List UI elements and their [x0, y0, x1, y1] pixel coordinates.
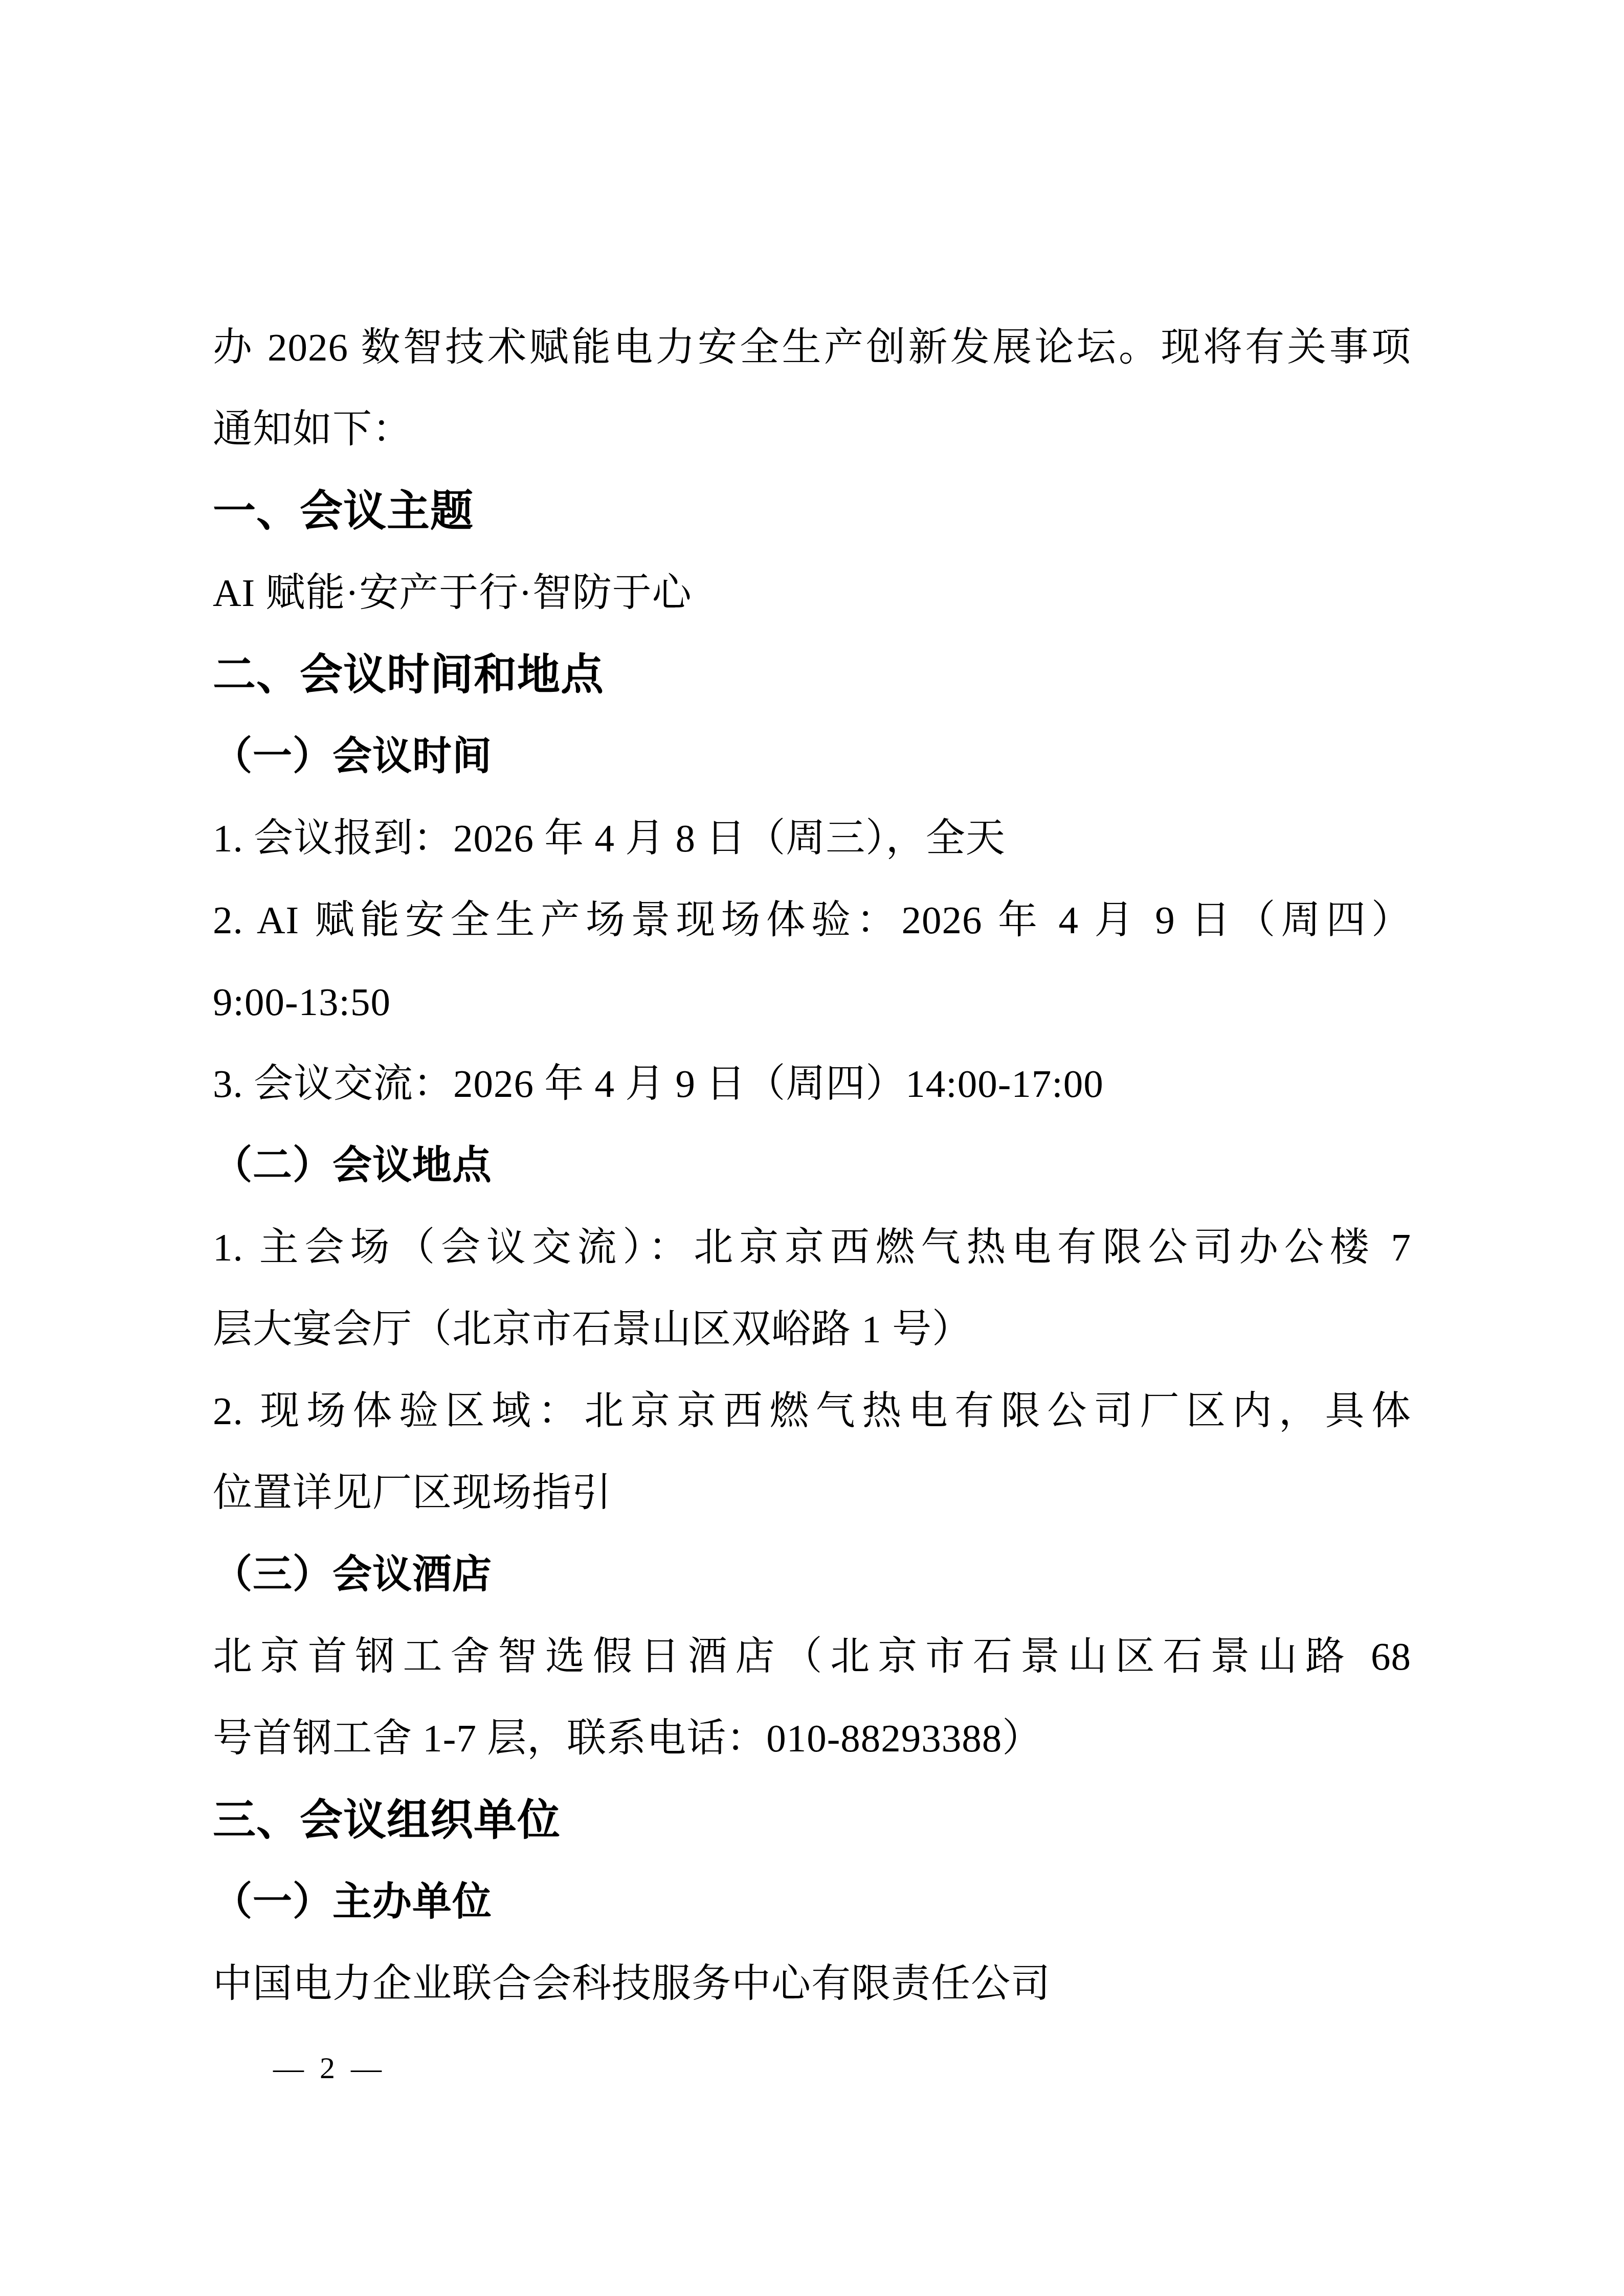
subsection-2-2-heading: （二）会议地点: [213, 1124, 1411, 1206]
document-page: 办 2026 数智技术赋能电力安全生产创新发展论坛。现将有关事项 通知如下： 一…: [0, 0, 1624, 2296]
hotel-info-line-1: 北京首钢工舍智选假日酒店（北京市石景山区石景山路 68: [213, 1615, 1411, 1697]
item-experience-area-line-2: 位置详见厂区现场指引: [213, 1452, 1411, 1534]
section-3-heading: 三、会议组织单位: [213, 1779, 1411, 1861]
section-2-heading: 二、会议时间和地点: [213, 634, 1411, 715]
item-registration-time: 1. 会议报到：2026 年 4 月 8 日（周三），全天: [213, 797, 1411, 879]
paragraph-intro-line-2: 通知如下：: [213, 388, 1411, 470]
subsection-2-3-heading: （三）会议酒店: [213, 1534, 1411, 1615]
item-exchange-time: 3. 会议交流：2026 年 4 月 9 日（周四）14:00-17:00: [213, 1043, 1411, 1124]
item-main-venue-line-1: 1. 主会场（会议交流）：北京京西燃气热电有限公司办公楼 7: [213, 1206, 1411, 1288]
host-organization: 中国电力企业联合会科技服务中心有限责任公司: [213, 1943, 1411, 2024]
item-main-venue-line-2: 层大宴会厅（北京市石景山区双峪路 1 号）: [213, 1288, 1411, 1370]
item-experience-area-line-1: 2. 现场体验区域：北京京西燃气热电有限公司厂区内，具体: [213, 1370, 1411, 1452]
conference-theme: AI 赋能·安产于行·智防于心: [213, 552, 1411, 634]
item-experience-time-line-1: 2. AI 赋能安全生产场景现场体验：2026 年 4 月 9 日（周四）: [213, 879, 1411, 961]
section-1-heading: 一、会议主题: [213, 470, 1411, 552]
subsection-3-1-heading: （一）主办单位: [213, 1861, 1411, 1943]
subsection-2-1-heading: （一）会议时间: [213, 715, 1411, 797]
page-number: — 2 —: [273, 2047, 382, 2088]
hotel-info-line-2: 号首钢工舍 1-7 层，联系电话：010-88293388）: [213, 1697, 1411, 1779]
document-text-block: 办 2026 数智技术赋能电力安全生产创新发展论坛。现将有关事项 通知如下： 一…: [213, 306, 1411, 2024]
paragraph-intro-line-1: 办 2026 数智技术赋能电力安全生产创新发展论坛。现将有关事项: [213, 306, 1411, 388]
item-experience-time-line-2: 9:00-13:50: [213, 961, 1411, 1043]
